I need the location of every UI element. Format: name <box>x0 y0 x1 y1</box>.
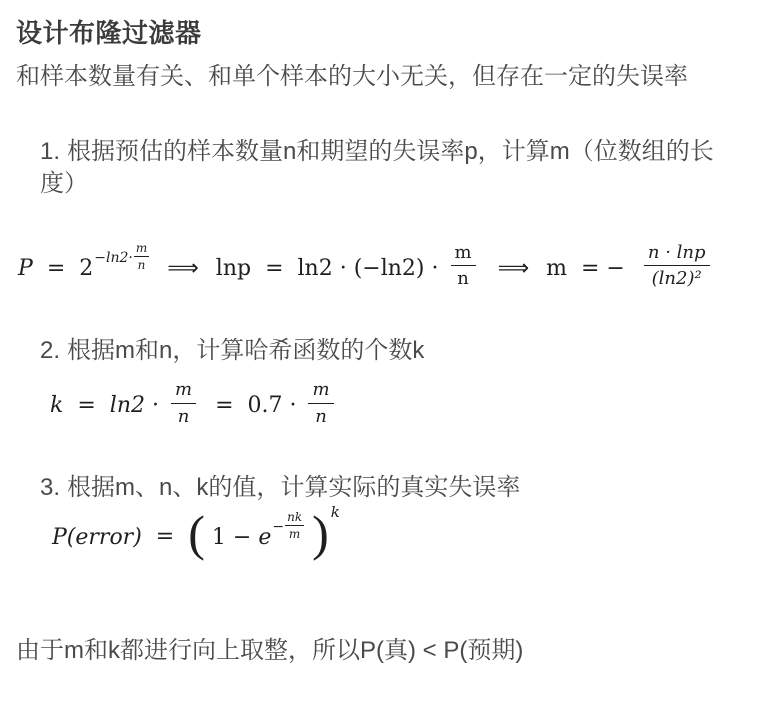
list-item-2: 2.根据m和n，计算哈希函数的个数k <box>16 335 746 366</box>
math-var-k: k <box>50 393 63 418</box>
power-term: 2−ln2·mn <box>79 255 150 287</box>
exponent-minus: − <box>272 518 284 534</box>
equals-minus-sign: = − <box>581 256 625 281</box>
list-item-2-number: 2. <box>40 335 60 366</box>
math-term-ln2: ln2 · <box>110 393 159 418</box>
list-item-3: 3.根据m、n、k的值，计算实际的真实失误率 <box>16 472 746 503</box>
fraction: mn <box>308 379 333 427</box>
math-term-0-7: 0.7 · <box>248 393 297 418</box>
document-page: 设计布隆过滤器 和样本数量有关、和单个样本的大小无关，但存在一定的失误率 1.根… <box>0 0 758 666</box>
fraction: mn <box>451 242 476 290</box>
formula-true-error-rate: P(error) = ( 1 − e−nkm )k <box>52 524 746 556</box>
fraction: mn <box>171 379 196 427</box>
list-item-3-number: 3. <box>40 472 60 503</box>
outer-exponent-k: k <box>331 503 340 521</box>
fraction-numerator: m <box>171 379 196 404</box>
equals-sign: = <box>77 393 95 418</box>
math-euler-e: e <box>258 524 271 549</box>
fraction-numerator: m <box>451 242 476 267</box>
implies-arrow: ⟹ <box>167 256 199 281</box>
implies-arrow: ⟹ <box>498 256 530 281</box>
list-item-3-text: 根据m、n、k的值，计算实际的真实失误率 <box>67 474 520 501</box>
math-base-2: 2 <box>79 256 93 281</box>
math-var-P-error: P(error) <box>52 524 142 549</box>
math-term-one-minus: 1 − <box>212 524 251 549</box>
fraction-numerator: nk <box>285 510 304 526</box>
fraction-numerator: m <box>134 241 149 257</box>
fraction-denominator: n <box>451 266 476 290</box>
math-terms: ln2 · (−ln2) · <box>298 256 439 281</box>
exponent-prefix: −ln2· <box>94 250 133 266</box>
fraction-denominator: (ln2)² <box>644 266 710 290</box>
equals-sign: = <box>265 256 283 281</box>
list-item-1-number: 1. <box>40 136 60 167</box>
power-term: e−nkm <box>258 524 305 556</box>
fraction-numerator: m <box>308 379 333 404</box>
math-term-lnp: lnp <box>216 256 251 281</box>
equals-sign: = <box>47 256 65 281</box>
fraction-numerator: n · lnp <box>644 242 710 267</box>
math-exponent: −ln2·mn <box>94 242 150 274</box>
footer-note: 由于m和k都进行向上取整，所以P(真) < P(预期) <box>16 635 746 666</box>
fraction-denominator: n <box>134 257 149 272</box>
math-exponent: −nkm <box>272 511 305 543</box>
intro-paragraph: 和样本数量有关、和单个样本的大小无关，但存在一定的失误率 <box>16 61 746 92</box>
equals-sign: = <box>156 524 174 549</box>
fraction: nkm <box>285 510 304 542</box>
fraction: n · lnp(ln2)² <box>644 242 710 290</box>
list-item-1: 1.根据预估的样本数量n和期望的失误率p，计算m（位数组的长度） <box>16 136 746 198</box>
fraction-denominator: n <box>308 404 333 428</box>
page-title: 设计布隆过滤器 <box>16 18 746 49</box>
list-item-2-text: 根据m和n，计算哈希函数的个数k <box>67 337 424 364</box>
fraction: mn <box>134 241 149 273</box>
math-var-P: P <box>18 256 33 281</box>
list-item-1-text: 根据预估的样本数量n和期望的失误率p，计算m（位数组的长度） <box>40 138 714 196</box>
fraction-denominator: m <box>285 526 304 541</box>
fraction-denominator: n <box>171 404 196 428</box>
formula-hash-count: k = ln2 · mn = 0.7 · mn <box>50 382 746 430</box>
math-var-m: m <box>546 256 567 281</box>
equals-sign: = <box>215 393 233 418</box>
formula-bit-array-length: P = 2−ln2·mn ⟹ lnp = ln2 · (−ln2) · mn ⟹… <box>18 245 746 293</box>
